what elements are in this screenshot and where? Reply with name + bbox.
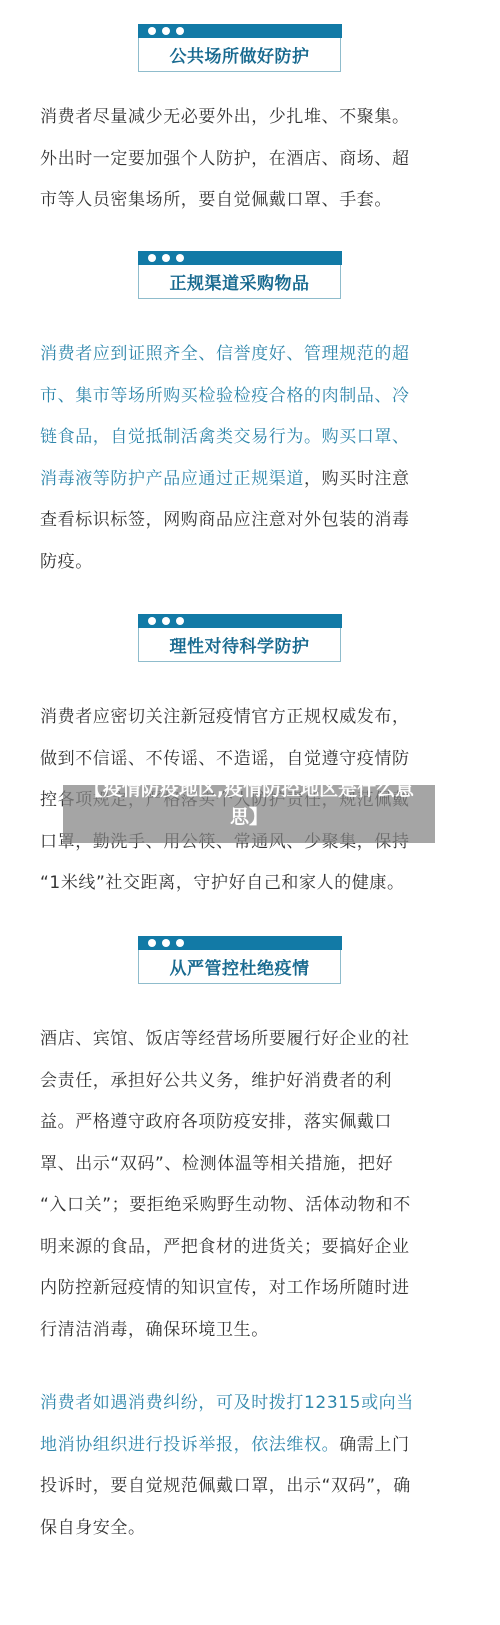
section-header-regular-channels: 正规渠道采购物品 [138,251,341,299]
text-line: “入口关”；要拒绝采购野生动物、活体动物和不 [40,1185,460,1227]
dot-icon [162,27,170,35]
highlighted-text: 消费者如遇消费纠纷，可及时拨打12315或向当 [40,1393,414,1413]
dot-icon [162,939,170,947]
text-line: 消费者应密切关注新冠疫情官方正规权威发布， [40,697,460,739]
text-line: 益。严格遵守政府各项防疫安排，落实佩戴口 [40,1102,460,1144]
highlighted-text: 市、集市等场所购买检验检疫合格的肉制品、冷 [40,386,410,406]
body-text: 消费者尽量减少无必要外出，少扎堆、不聚集。 [40,107,410,127]
paragraph: 消费者尽量减少无必要外出，少扎堆、不聚集。外出时一定要加强个人防护，在酒店、商场… [40,97,460,222]
text-line: 投诉时，要自觉规范佩戴口罩，出示“双码”，确 [40,1466,460,1508]
highlighted-text: 消毒液等防护产品应通过正规渠道 [40,469,304,489]
text-line: 市、集市等场所购买检验检疫合格的肉制品、冷 [40,376,460,418]
banner-title: 【疫情防疫地区,疫情防控地区是什么意思】 [63,775,435,831]
section-header-rational-protection: 理性对待科学防护 [138,614,341,662]
body-text: 外出时一定要加强个人防护，在酒店、商场、超 [40,149,410,169]
dot-icon [148,254,156,262]
section-title: 正规渠道采购物品 [139,269,340,294]
body-text: 消费者应密切关注新冠疫情官方正规权威发布， [40,707,410,727]
body-text: 行清洁消毒，确保环境卫生。 [40,1320,269,1340]
text-line: 地消协组织进行投诉举报，依法维权。确需上门 [40,1425,460,1467]
dot-icon [148,27,156,35]
highlighted-text: 链食品，自觉抵制活禽类交易行为。购买口罩、 [40,427,410,447]
text-line: 市等人员密集场所，要自觉佩戴口罩、手套。 [40,180,460,222]
overlay-title-banner: 【疫情防疫地区,疫情防控地区是什么意思】 [63,785,435,843]
body-text: 益。严格遵守政府各项防疫安排，落实佩戴口 [40,1112,392,1132]
section-header-strict-control: 从严管控杜绝疫情 [138,936,341,984]
body-text: 罩、出示“双码”、检测体温等相关措施，把好 [40,1154,393,1174]
paragraph: 消费者如遇消费纠纷，可及时拨打12315或向当地消协组织进行投诉举报，依法维权。… [40,1383,460,1549]
dot-icon [148,939,156,947]
text-line: 消费者如遇消费纠纷，可及时拨打12315或向当 [40,1383,460,1425]
dot-icon [162,254,170,262]
highlighted-text: 地消协组织进行投诉举报，依法维权。 [40,1435,339,1455]
dot-icon [176,27,184,35]
text-line: 做到不信谣、不传谣、不造谣，自觉遵守疫情防 [40,739,460,781]
text-line: 行清洁消毒，确保环境卫生。 [40,1310,460,1352]
window-title-bar [138,936,342,950]
text-line: 罩、出示“双码”、检测体温等相关措施，把好 [40,1144,460,1186]
text-line: “1米线”社交距离，守护好自己和家人的健康。 [40,863,460,905]
section-title: 公共场所做好防护 [139,42,340,67]
body-text: 明来源的食品，严把食材的进货关；要搞好企业 [40,1237,410,1257]
dot-icon [176,939,184,947]
body-text: 查看标识标签，网购商品应注意对外包装的消毒 [40,510,410,530]
body-text: 会责任，承担好公共义务，维护好消费者的利 [40,1071,392,1091]
dot-icon [176,254,184,262]
paragraph: 酒店、宾馆、饭店等经营场所要履行好企业的社会责任，承担好公共义务，维护好消费者的… [40,1019,460,1351]
text-line: 链食品，自觉抵制活禽类交易行为。购买口罩、 [40,417,460,459]
section-title: 理性对待科学防护 [139,632,340,657]
text-line: 酒店、宾馆、饭店等经营场所要履行好企业的社 [40,1019,460,1061]
body-text: “1米线”社交距离，守护好自己和家人的健康。 [40,873,405,893]
window-title-bar [138,251,342,265]
body-text: 市等人员密集场所，要自觉佩戴口罩、手套。 [40,190,392,210]
text-line: 消费者应到证照齐全、信誉度好、管理规范的超 [40,334,460,376]
dot-icon [148,617,156,625]
body-text: 投诉时，要自觉规范佩戴口罩，出示“双码”，确 [40,1476,411,1496]
highlighted-text: 消费者应到证照齐全、信誉度好、管理规范的超 [40,344,410,364]
text-line: 内防控新冠疫情的知识宣传，对工作场所随时进 [40,1268,460,1310]
body-text: 内防控新冠疫情的知识宣传，对工作场所随时进 [40,1278,410,1298]
body-text: “入口关”；要拒绝采购野生动物、活体动物和不 [40,1195,411,1215]
section-header-public-places: 公共场所做好防护 [138,24,341,72]
paragraph: 消费者应到证照齐全、信誉度好、管理规范的超市、集市等场所购买检验检疫合格的肉制品… [40,334,460,583]
section-title: 从严管控杜绝疫情 [139,954,340,979]
window-title-bar [138,24,342,38]
body-text: 做到不信谣、不传谣、不造谣，自觉遵守疫情防 [40,749,410,769]
text-line: 查看标识标签，网购商品应注意对外包装的消毒 [40,500,460,542]
body-text: 防疫。 [40,552,93,572]
window-title-bar [138,614,342,628]
text-line: 外出时一定要加强个人防护，在酒店、商场、超 [40,139,460,181]
dot-icon [162,617,170,625]
body-text: 确需上门 [339,1435,409,1455]
text-line: 会责任，承担好公共义务，维护好消费者的利 [40,1061,460,1103]
text-line: 消费者尽量减少无必要外出，少扎堆、不聚集。 [40,97,460,139]
text-line: 防疫。 [40,542,460,584]
text-line: 明来源的食品，严把食材的进货关；要搞好企业 [40,1227,460,1269]
text-line: 消毒液等防护产品应通过正规渠道，购买时注意 [40,459,460,501]
dot-icon [176,617,184,625]
body-text: 保自身安全。 [40,1518,146,1538]
body-text: 酒店、宾馆、饭店等经营场所要履行好企业的社 [40,1029,410,1049]
body-text: ，购买时注意 [304,469,410,489]
text-line: 保自身安全。 [40,1508,460,1550]
